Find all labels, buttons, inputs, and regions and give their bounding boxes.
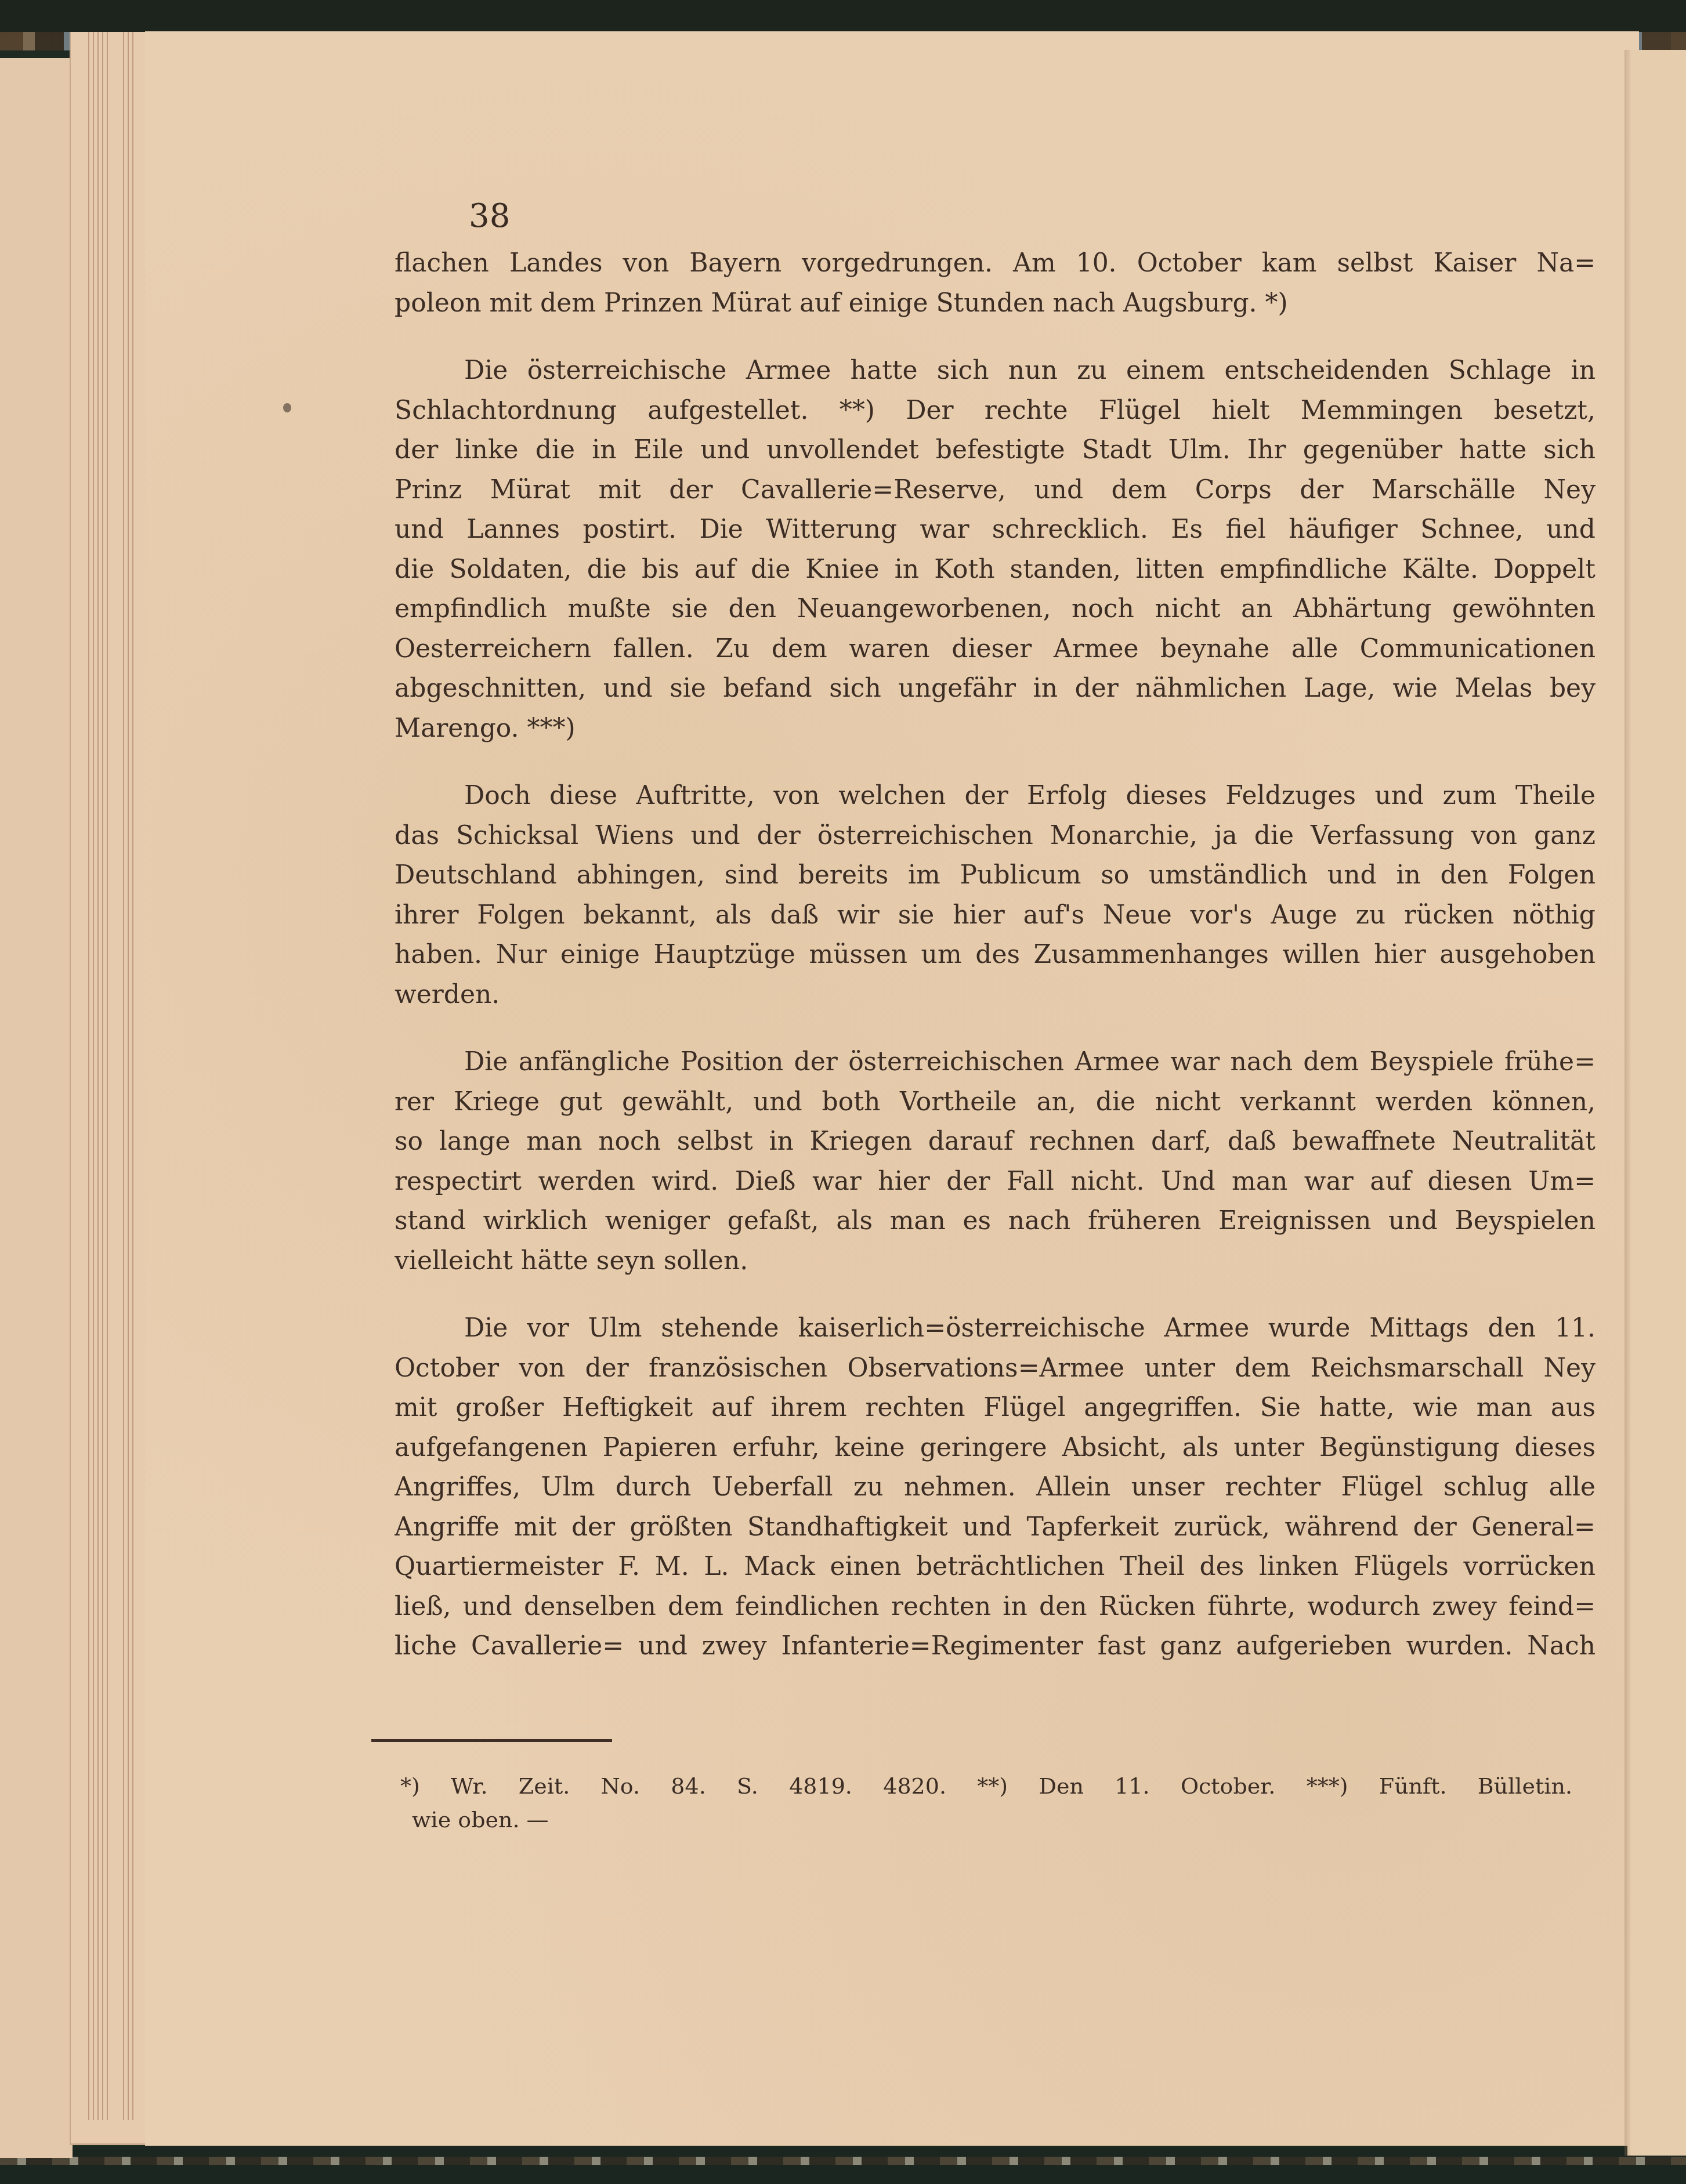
paper-speck xyxy=(283,403,291,412)
text-line: respectirt werden wird. Dieß war hier de… xyxy=(395,1162,1595,1202)
text-line: die Soldaten, die bis auf die Kniee in K… xyxy=(395,550,1595,590)
text-line: werden. xyxy=(395,975,1595,1015)
paragraph-4: Die anfängliche Position der österreichi… xyxy=(395,1042,1595,1281)
left-flyleaf xyxy=(0,58,73,2158)
paragraph-5: Die vor Ulm stehende kaiserlich=österrei… xyxy=(395,1309,1595,1667)
ruled-line xyxy=(132,32,133,2120)
paragraph-1: flachen Landes von Bayern vorgedrungen. … xyxy=(395,244,1595,323)
footnote-separator xyxy=(371,1739,612,1742)
paragraph-2: Die österreichische Armee hatte sich nun… xyxy=(395,351,1595,748)
text-line: Deutschland abhingen, sind bereits im Pu… xyxy=(395,856,1595,896)
text-line: Die anfängliche Position der österreichi… xyxy=(395,1042,1595,1082)
text-block-edge xyxy=(70,32,146,2145)
text-line: ihrer Folgen bekannt, als daß wir sie hi… xyxy=(395,896,1595,936)
text-line: poleon mit dem Prinzen Mürat auf einige … xyxy=(395,284,1595,324)
text-line: Marengo. ***) xyxy=(395,709,1595,749)
text-line: vielleicht hätte seyn sollen. xyxy=(395,1241,1595,1281)
book-cover-bottom xyxy=(0,2146,1686,2184)
footnote-line: *) Wr. Zeit. No. 84. S. 4819. 4820. **) … xyxy=(400,1769,1572,1803)
text-line: mit großer Heftigkeit auf ihrem rechten … xyxy=(395,1388,1595,1428)
text-line: aufgefangenen Papieren erfuhr, keine ger… xyxy=(395,1428,1595,1468)
ruled-line xyxy=(107,32,108,2120)
text-line: Doch diese Auftritte, von welchen der Er… xyxy=(395,776,1595,816)
text-line: Quartiermeister F. M. L. Mack einen betr… xyxy=(395,1547,1595,1587)
text-line: Schlachtordnung aufgestellet. **) Der re… xyxy=(395,391,1595,431)
ruled-line xyxy=(128,32,129,2120)
page-number: 38 xyxy=(469,197,510,235)
text-line: das Schicksal Wiens und der österreichis… xyxy=(395,816,1595,856)
text-line: Angriffes, Ulm durch Ueberfall zu nehmen… xyxy=(395,1468,1595,1508)
text-line: und Lannes postirt. Die Witterung war sc… xyxy=(395,510,1595,550)
text-line: liche Cavallerie= und zwey Infanterie=Re… xyxy=(395,1627,1595,1667)
text-line: stand wirklich weniger gefaßt, als man e… xyxy=(395,1201,1595,1241)
book-cover-top xyxy=(0,0,1686,35)
text-line: Die vor Ulm stehende kaiserlich=österrei… xyxy=(395,1309,1595,1349)
text-line: Oesterreichern fallen. Zu dem waren dies… xyxy=(395,629,1595,669)
text-line: Prinz Mürat mit der Cavallerie=Reserve, … xyxy=(395,470,1595,510)
page-fold-shadow xyxy=(1625,50,1631,2156)
text-line: rer Kriege gut gewählt, und both Vorthei… xyxy=(395,1082,1595,1122)
text-line: flachen Landes von Bayern vorgedrungen. … xyxy=(395,244,1595,284)
ruled-line xyxy=(102,32,103,2120)
ruled-line xyxy=(93,32,94,2120)
text-line: empfindlich mußte sie den Neuangeworbene… xyxy=(395,589,1595,629)
text-line: haben. Nur einige Hauptzüge müssen um de… xyxy=(395,935,1595,975)
text-line: der linke die in Eile und unvollendet be… xyxy=(395,430,1595,470)
paragraph-3: Doch diese Auftritte, von welchen der Er… xyxy=(395,776,1595,1015)
text-line: Die österreichische Armee hatte sich nun… xyxy=(395,351,1595,391)
footnote-line: wie oben. — xyxy=(400,1803,1572,1837)
text-line: October von der französischen Observatio… xyxy=(395,1349,1595,1389)
marbled-edge-bottom xyxy=(0,2157,1686,2165)
ruled-line xyxy=(123,32,124,2120)
text-line: ließ, und denselben dem feindlichen rech… xyxy=(395,1587,1595,1627)
text-line: Angriffe mit der größten Standhaftigkeit… xyxy=(395,1508,1595,1548)
footnotes: *) Wr. Zeit. No. 84. S. 4819. 4820. **) … xyxy=(400,1769,1572,1837)
body-text: flachen Landes von Bayern vorgedrungen. … xyxy=(395,244,1595,1694)
text-line: abgeschnitten, und sie befand sich ungef… xyxy=(395,669,1595,709)
ruled-line xyxy=(88,32,89,2120)
text-line: so lange man noch selbst in Kriegen dara… xyxy=(395,1122,1595,1162)
next-page-edge xyxy=(1627,50,1686,2156)
ruled-line xyxy=(97,32,99,2120)
